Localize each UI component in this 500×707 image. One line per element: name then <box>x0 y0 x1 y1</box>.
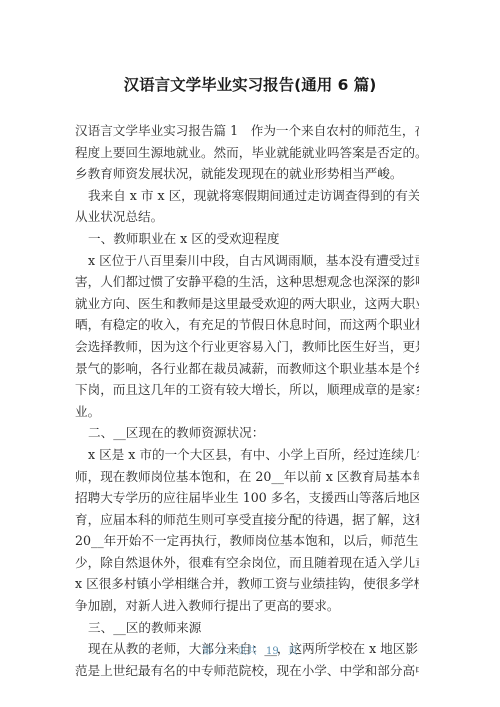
document-title: 汉语言文学毕业实习报告(通用 6 篇) <box>0 73 500 95</box>
text-line: 二、__区现在的教师资源状况： <box>75 422 419 444</box>
text-line: 范是上世纪最有名的中专师范院校，现在小学、中学和部分高中的优秀骨干教 <box>75 660 419 682</box>
text-line: 程度上要回生源地就业。然而，毕业就能就业吗答案是否定的。纵观近几年家 <box>75 142 419 164</box>
text-line: x 区很多村镇小学相继合并，教师工资与业绩挂钩，使很多学校在职老师的竞 <box>75 573 419 595</box>
document-body: 汉语言文学毕业实习报告篇 1 作为一个来自农村的师范生，在毕业以后很大程度上要回… <box>75 120 419 681</box>
text-line: 业。 <box>75 401 419 423</box>
text-line: 乡教育师资发展状况，就能发现现在的就业形势相当严峻。 <box>75 163 419 185</box>
text-line: 师，现在教师岗位基本饱和，在 20__年以前 x 区教育局基本每年会向全区公开 <box>75 466 419 488</box>
text-line: 招聘大专学历的应往届毕业生 100 多名，支援西山等落后地区的中、小学教 <box>75 487 419 509</box>
text-line: 就业方向、医生和教师是这里最受欢迎的两大职业，这两大职业，不怕风吹日 <box>75 293 419 315</box>
text-line: 20__年开始不一定再执行，教师岗位基本饱和，以后，师范生的需求明显减 <box>75 530 419 552</box>
text-line: 我来自 x 市 x 区，现就将寒假期间通过走访调查得到的有关 x 区教师就业， <box>75 185 419 207</box>
text-line: 晒，有稳定的收入，有充足的节假日休息时间，而这两个职业相比，很多人又 <box>75 314 419 336</box>
text-line: 害，人们都过惯了安静平稳的生活，这种思想观念也深深的影响着当代 x 人的 <box>75 271 419 293</box>
text-line: 少，除自然退休外，很难有空余岗位，而且随着现在适入学儿童人数的锐减在 <box>75 552 419 574</box>
text-line: x 区是 x 市的一个大区县，有中、小学上百所，经过连续几年的对外招聘老 <box>75 444 419 466</box>
text-line: 下岗，而且这几年的工资有较大增长，所以，顺理成章的是家乡人最看好的职 <box>75 379 419 401</box>
text-line: 育，应届本科的师范生则可享受直接分配的待遇，据了解，这种政策将会于 <box>75 509 419 531</box>
text-line: 从业状况总结。 <box>75 206 419 228</box>
text-line: 会选择教师，因为这个行业更容易入门，教师比医生好当，更是随着现经济不 <box>75 336 419 358</box>
page-indicator: 第 1 页共 19 页 <box>0 642 500 657</box>
text-line: 争加剧，对新人进入教师行提出了更高的要求。 <box>75 595 419 617</box>
text-line: x 区位于八百里秦川中段，自古风调雨顺，基本没有遭受过重大的自然灾 <box>75 250 419 272</box>
text-line: 汉语言文学毕业实习报告篇 1 作为一个来自农村的师范生，在毕业以后很大 <box>75 120 419 142</box>
text-line: 一、教师职业在 x 区的受欢迎程度 <box>75 228 419 250</box>
text-line: 景气的影响，各行业都在裁员减薪，而教师这个职业基本是个终生职业，不怕 <box>75 358 419 380</box>
text-line: 三、__区的教师来源 <box>75 617 419 639</box>
